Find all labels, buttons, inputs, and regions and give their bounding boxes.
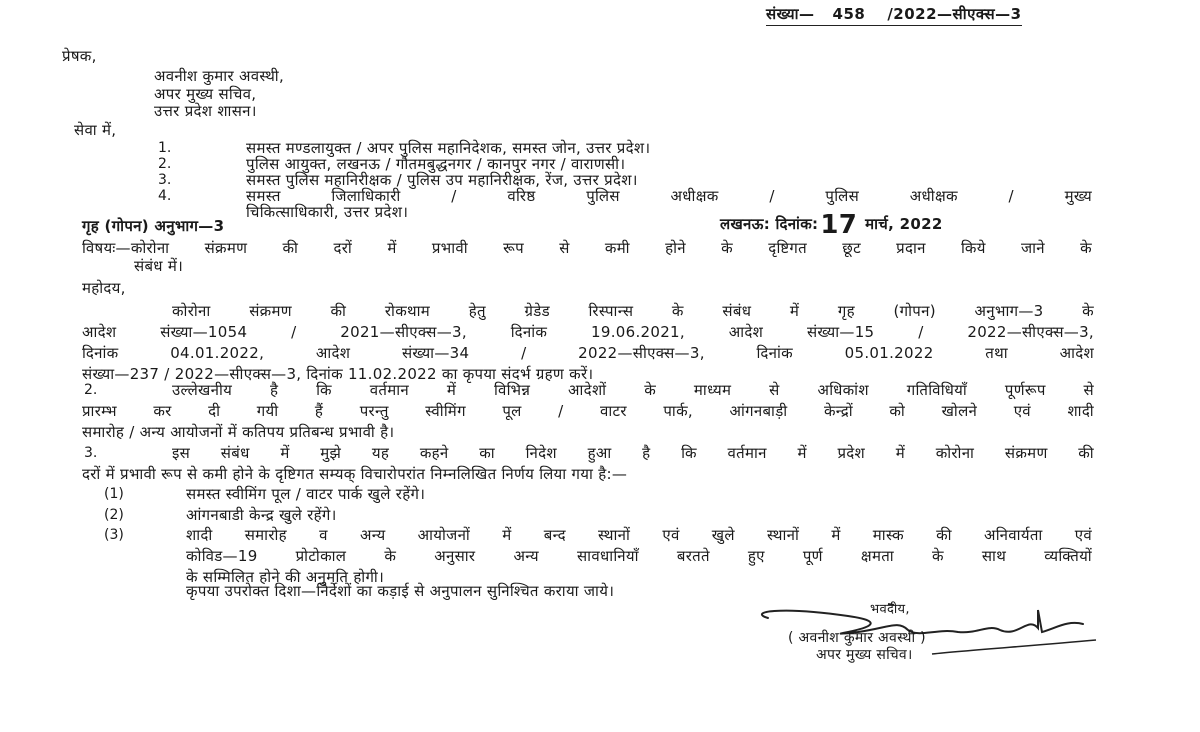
signature-underline-stroke [930, 636, 1100, 660]
decision-item: आंगनबाडी केन्द्र खुले रहेंगे। [186, 505, 337, 525]
paragraph-line: दरों में प्रभावी रूप से कमी होने के दृष्… [82, 464, 627, 484]
recipient-number: 4. [158, 186, 171, 206]
recipient-item-continuation: चिकित्साधिकारी, उत्तर प्रदेश। [246, 202, 408, 222]
sender-label: प्रेषक, [62, 46, 97, 66]
date-prefix: लखनऊ: दिनांक: [720, 215, 818, 233]
date-month-year: मार्च, 2022 [865, 215, 942, 233]
recipients-label: सेवा में, [74, 120, 116, 140]
paragraph-number: 3. [84, 443, 97, 463]
paragraph-line: इस संबंध में मुझे यह कहने का निदेश हुआ ह… [172, 443, 1094, 463]
paragraph-line: समारोह / अन्य आयोजनों में कतिपय प्रतिबन्… [82, 422, 394, 442]
paragraph-number: 2. [84, 380, 97, 400]
paragraph-line: दिनांक 04.01.2022, आदेश संख्या—34 / 2022… [82, 343, 1094, 363]
decision-item: समस्त स्वीमिंग पूल / वाटर पार्क खुले रहे… [186, 484, 425, 504]
government-order-page: संख्या—458/2022—सीएक्स—3 प्रेषक, अवनीश क… [0, 0, 1200, 732]
subject-line-2: संबंध में। [134, 256, 183, 276]
paragraph-line: उल्लेखनीय है कि वर्तमान में विभिन्न आदेश… [172, 380, 1094, 400]
paragraph-line: कोरोना संक्रमण की रोकथाम हेतु ग्रेडेड रि… [172, 301, 1094, 321]
reference-label: संख्या— [766, 5, 815, 23]
department: गृह (गोपन) अनुभाग—3 [82, 216, 224, 236]
reference-suffix: /2022—सीएक्स—3 [887, 5, 1021, 23]
date-day-handwritten: 17 [820, 210, 857, 240]
signatory-designation: अपर मुख्य सचिव। [816, 645, 913, 665]
reference-number: संख्या—458/2022—सीएक्स—3 [766, 4, 1022, 26]
decision-item: शादी समारोह व अन्य आयोजनों में बन्द स्था… [186, 525, 1092, 545]
paragraph-line: प्रारम्भ कर दी गयी हैं परन्तु स्वीमिंग प… [82, 401, 1094, 421]
decision-number: (3) [104, 525, 124, 545]
subject-line-1: विषयः—कोरोना संक्रमण की दरों में प्रभावी… [82, 238, 1092, 258]
place-date: लखनऊ: दिनांक:17मार्च, 2022 [720, 214, 943, 235]
sender-name: अवनीश कुमार अवस्थी, [154, 66, 284, 86]
sender-office: उत्तर प्रदेश शासन। [154, 101, 257, 121]
salutation: महोदय, [82, 278, 126, 298]
decision-number: (2) [104, 505, 124, 525]
decision-number: (1) [104, 484, 124, 504]
decision-item: कोविड—19 प्रोटोकाल के अनुसार अन्य सावधान… [186, 546, 1092, 566]
closing-request: कृपया उपरोक्त दिशा—निर्देशों का कड़ाई से… [186, 581, 614, 601]
paragraph-line: आदेश संख्या—1054 / 2021—सीएक्स—3, दिनांक… [82, 322, 1094, 342]
reference-number-value: 458 [833, 5, 866, 23]
